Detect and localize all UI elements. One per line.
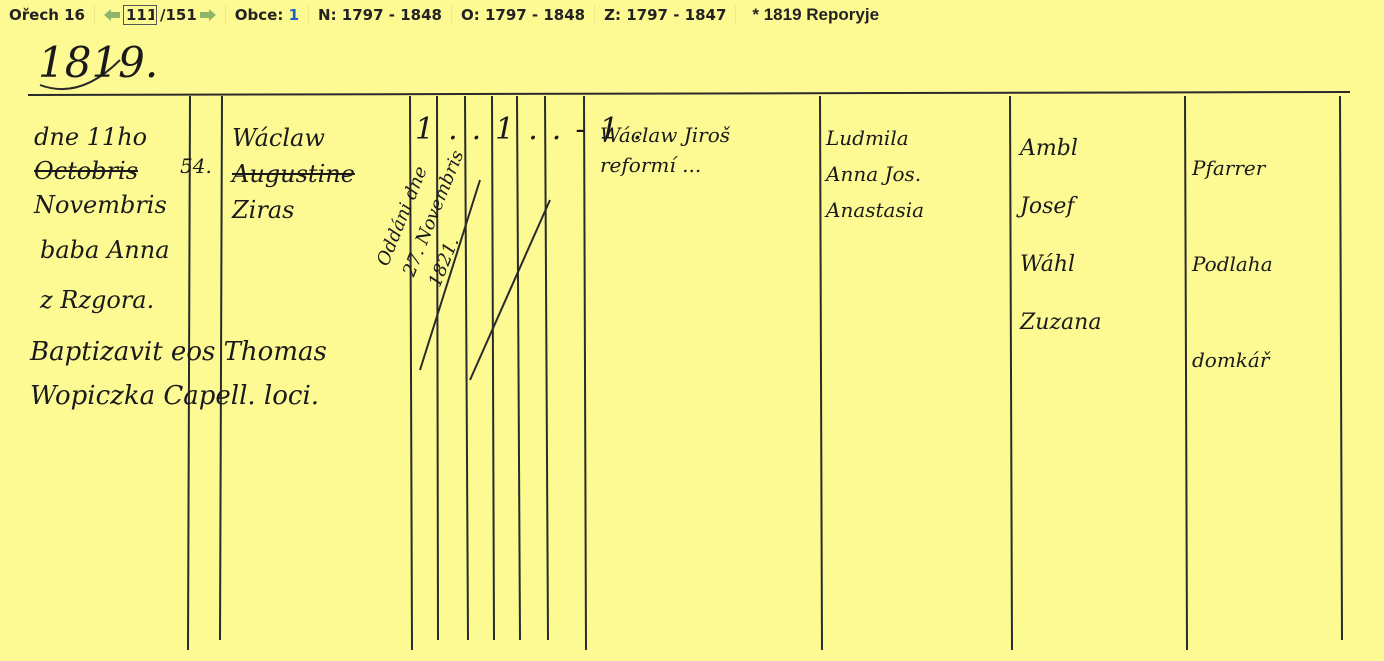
godparent-line: Ambl xyxy=(1020,120,1101,178)
baptized-line: Wopiczka Capell. loci. xyxy=(30,374,327,418)
count-mark: - xyxy=(575,112,599,147)
births-range: N: 1797 - 1848 xyxy=(309,4,451,26)
births-range-text: N: 1797 - 1848 xyxy=(318,6,442,24)
baptized-by-text: Baptizavit eos Thomas Wopiczka Capell. l… xyxy=(30,330,327,418)
midwife-line: z Rzgora. xyxy=(40,275,170,325)
name-line: Wáclaw xyxy=(232,120,355,156)
midwife-line: baba Anna xyxy=(40,225,170,275)
marriages-range: O: 1797 - 1848 xyxy=(452,4,594,26)
date-line: Novembris xyxy=(34,188,167,222)
previous-page-arrow-icon[interactable] xyxy=(104,9,120,21)
name-line-struck: Augustine xyxy=(232,156,355,192)
notes-column: Pfarrer Podlaha domkář xyxy=(1192,120,1273,408)
location-info: * 1819 Reporyje xyxy=(736,4,888,26)
count-mark: .. xyxy=(448,112,495,147)
date-line: dne 11ho xyxy=(34,120,167,154)
deaths-range-text: Z: 1797 - 1847 xyxy=(604,6,726,24)
mother-line: Anna Jos. xyxy=(826,156,924,192)
father-line: reformí ... xyxy=(600,150,730,180)
note-line: Pfarrer xyxy=(1192,120,1273,216)
deaths-range: Z: 1797 - 1847 xyxy=(595,4,735,26)
house-number: 54. xyxy=(180,154,212,178)
obce-count-link[interactable]: 1 xyxy=(289,6,299,24)
date-line-struck: Octobris xyxy=(34,154,167,188)
navigation-bar: Ořech 16 /151 Obce: 1 N: 1797 - 1848 O: … xyxy=(0,0,1384,30)
obce-label: Obce: xyxy=(235,6,284,24)
father-column: Wáclaw Jiroš reformí ... xyxy=(600,120,730,180)
register-scan-image[interactable]: 1819. dne 11ho Octobris Novembris 54. Wá… xyxy=(0,30,1384,661)
count-mark: .. xyxy=(528,112,575,147)
page-navigation: /151 xyxy=(95,4,225,26)
godparent-line: Zuzana xyxy=(1020,294,1101,352)
child-name-column: Wáclaw Augustine Ziras xyxy=(232,120,355,228)
mother-line: Ludmila xyxy=(826,120,924,156)
location-text: * 1819 Reporyje xyxy=(752,5,879,25)
mother-column: Ludmila Anna Jos. Anastasia xyxy=(826,120,924,228)
page-total: /151 xyxy=(160,6,197,24)
year-heading: 1819. xyxy=(38,38,158,87)
count-mark: 1 xyxy=(495,112,528,147)
midwife-text: baba Anna z Rzgora. xyxy=(40,225,170,325)
date-column: dne 11ho Octobris Novembris xyxy=(34,120,167,222)
godparents-column: Ambl Josef Wáhl Zuzana xyxy=(1020,120,1101,352)
father-line: Wáclaw Jiroš xyxy=(600,120,730,150)
baptized-line: Baptizavit eos Thomas xyxy=(30,330,327,374)
page-number-input[interactable] xyxy=(123,5,157,25)
godparent-line: Wáhl xyxy=(1020,236,1101,294)
godparent-line: Josef xyxy=(1020,178,1101,236)
note-line: Podlaha xyxy=(1192,216,1273,312)
obce-info: Obce: 1 xyxy=(226,4,308,26)
next-page-arrow-icon[interactable] xyxy=(200,9,216,21)
register-label: Ořech 16 xyxy=(9,6,85,24)
mother-line: Anastasia xyxy=(826,192,924,228)
register-name: Ořech 16 xyxy=(0,4,94,26)
note-line: domkář xyxy=(1192,312,1273,408)
name-line: Ziras xyxy=(232,192,355,228)
marriages-range-text: O: 1797 - 1848 xyxy=(461,6,585,24)
